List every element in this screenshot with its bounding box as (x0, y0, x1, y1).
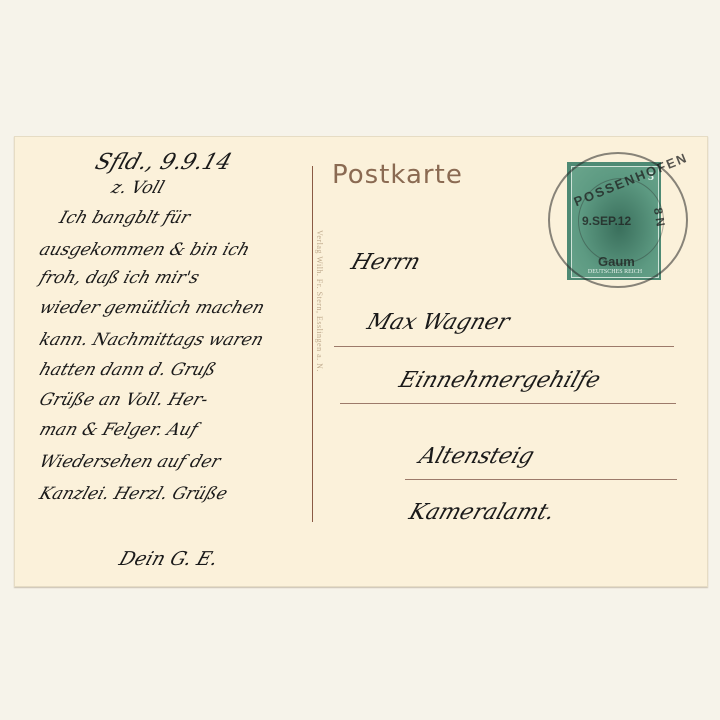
address-name: Max Wagner (364, 310, 513, 335)
address-rule-2 (340, 403, 676, 404)
message-line: Grüße an Voll. Her- (37, 390, 211, 410)
address-occupation: Einnehmergehilfe (396, 368, 604, 393)
message-place-date: Sfld., 9.9.14 (92, 150, 235, 175)
address-rule-3 (405, 479, 677, 480)
address-town: Altensteig (416, 444, 537, 469)
message-line: wieder gemütlich machen (37, 298, 267, 318)
address-rule-1 (334, 346, 674, 347)
postmark-time: 8 N (651, 207, 668, 228)
message-line: Kanzlei. Herzl. Grüße (37, 484, 230, 504)
postmark-date: 9.SEP.12 (582, 214, 631, 228)
address-district: Kameralamt. (406, 500, 558, 525)
message-line: man & Felger. Auf (37, 420, 201, 440)
address-salutation: Herrn (348, 250, 424, 275)
message-line: ausgekommen & bin ich (37, 240, 253, 260)
postmark-bottom: Gaum (598, 254, 635, 269)
message-signature: Dein G. E. (116, 548, 220, 570)
message-line: kann. Nachmittags waren (37, 330, 266, 350)
message-line: Ich bangblt für (57, 208, 193, 228)
message-line: z. Voll (109, 178, 167, 198)
message-line: Wiedersehen auf der (37, 452, 223, 472)
message-line: hatten dann d. Gruß (37, 360, 219, 380)
postmark: POSSENHOFEN 9.SEP.12 8 N Gaum (548, 152, 688, 288)
publisher-imprint: Verlag Wilh. Fr. Stern, Esslingen a. N. (300, 230, 324, 470)
postcard-title: Postkarte (332, 160, 463, 190)
message-line: froh, daß ich mir's (37, 268, 202, 288)
